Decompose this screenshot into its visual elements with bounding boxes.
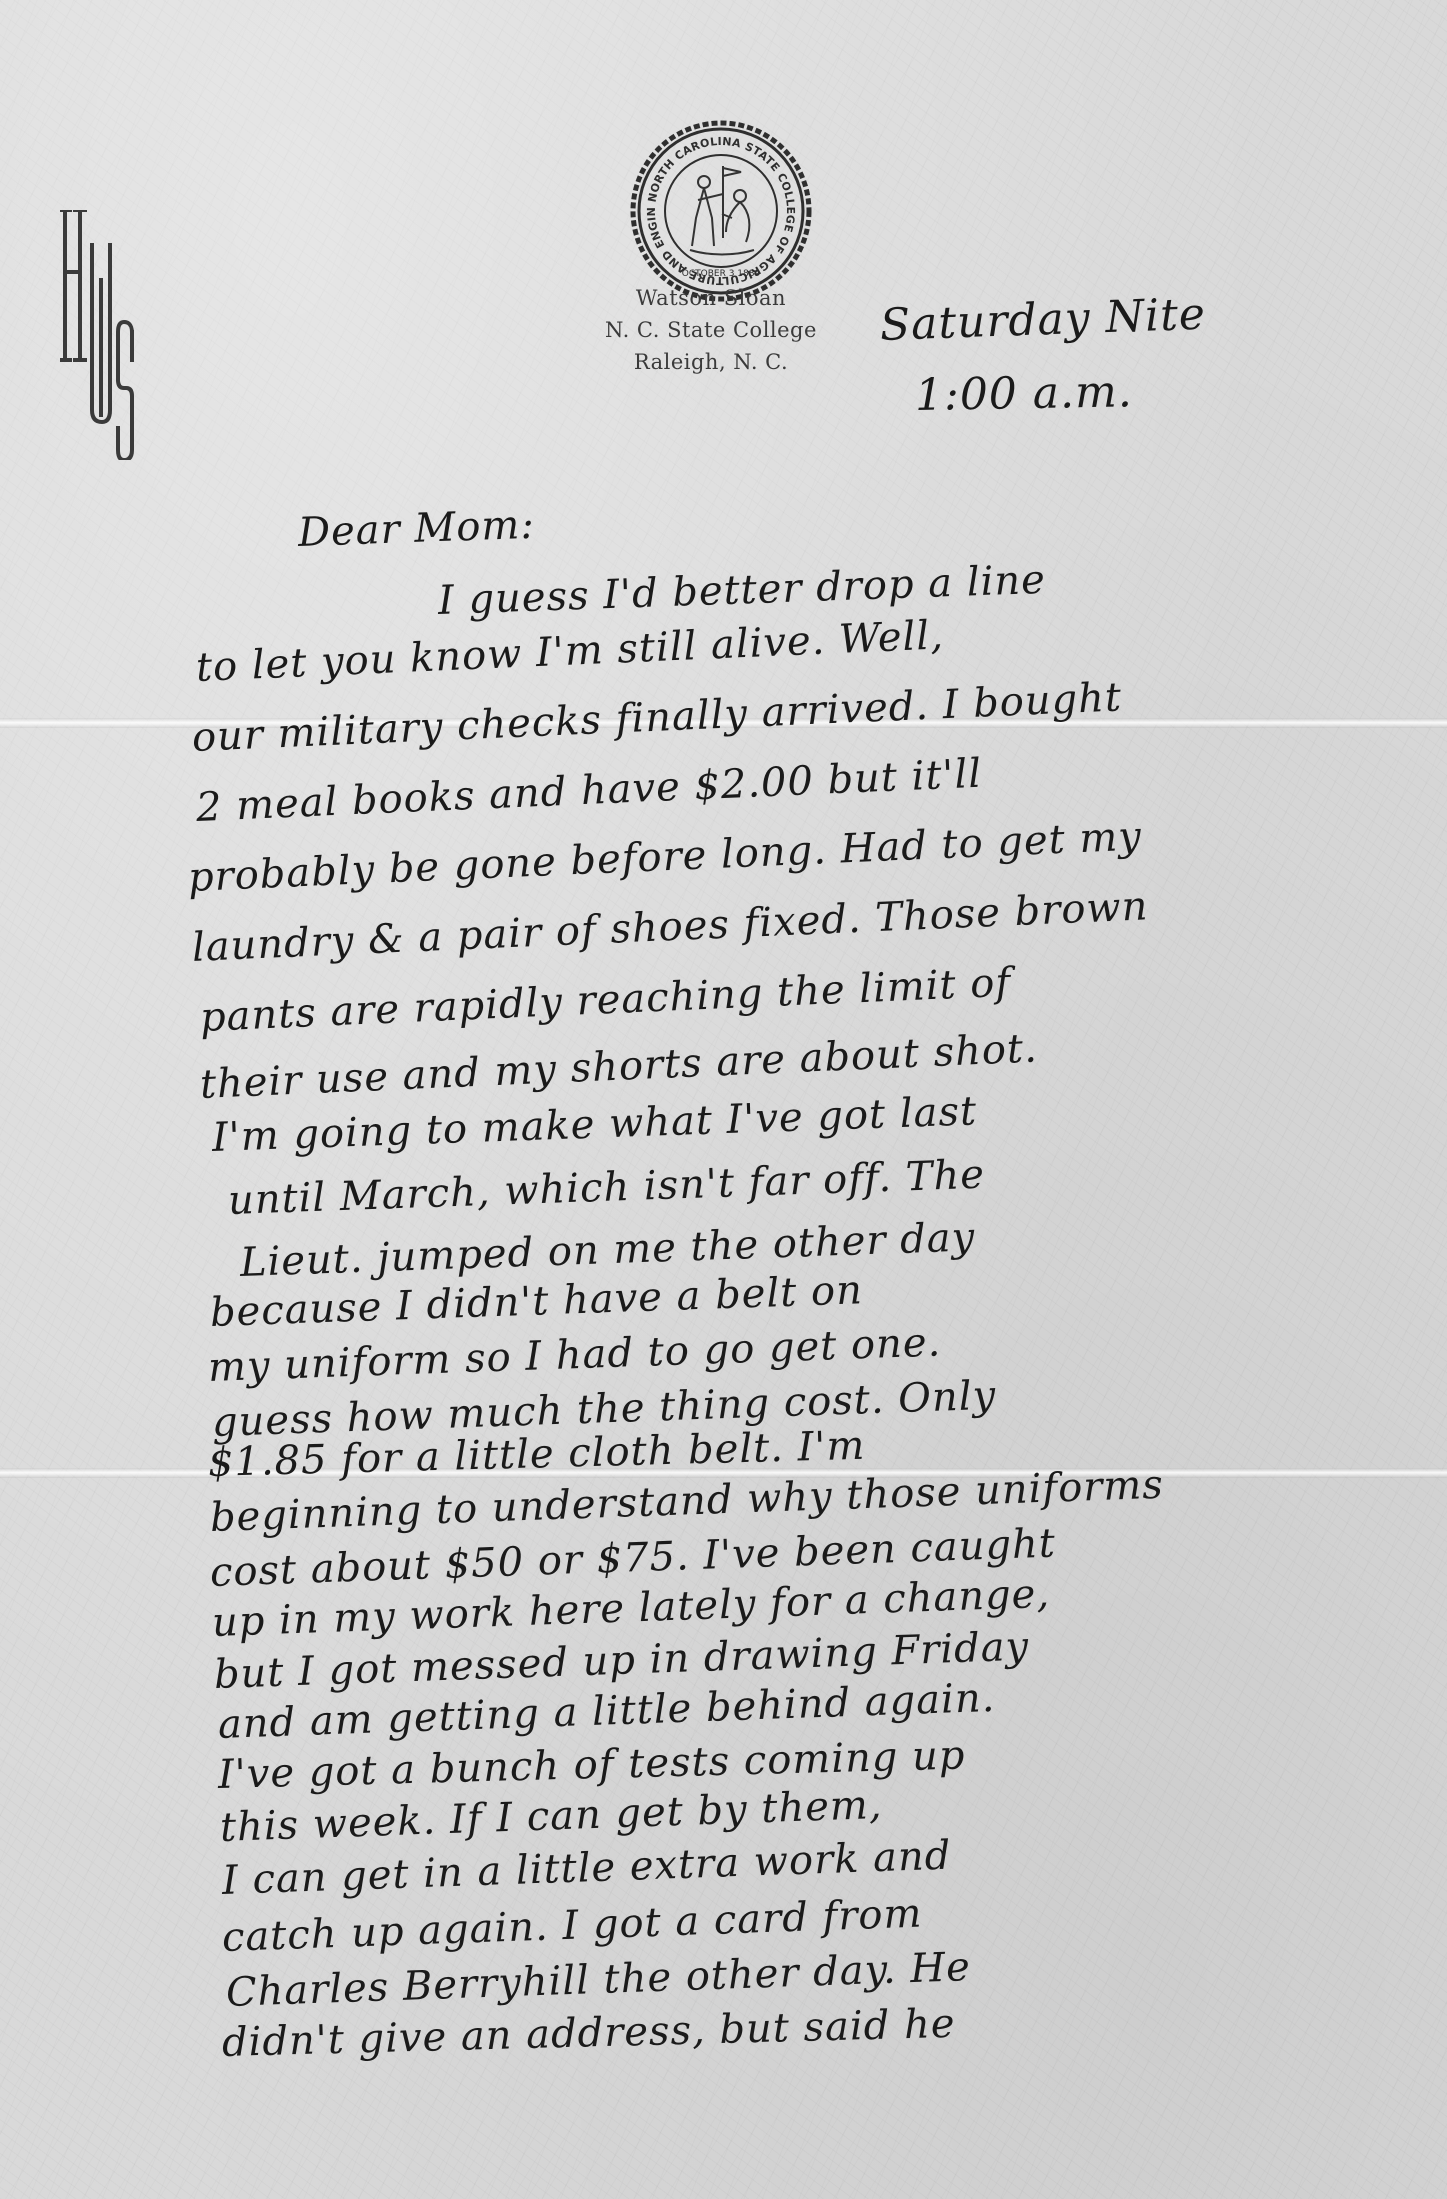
letterhead: Watson Sloan N. C. State College Raleigh… xyxy=(596,282,826,378)
hws-monogram-icon xyxy=(60,210,140,460)
letter-salutation: Dear Mom: xyxy=(297,502,535,556)
college-seal-icon: NORTH CAROLINA STATE COLLEGE OF AGRICULT… xyxy=(628,118,814,304)
letterhead-institution: N. C. State College xyxy=(596,314,826,346)
letterhead-name: Watson Sloan xyxy=(596,282,826,314)
svg-text:NORTH CAROLINA STATE COLLEGE O: NORTH CAROLINA STATE COLLEGE OF AGRICULT… xyxy=(628,118,797,287)
svg-text:OCTOBER 3 1889: OCTOBER 3 1889 xyxy=(682,269,761,279)
dateline-time: 1:00 a.m. xyxy=(915,366,1134,421)
letterhead-city: Raleigh, N. C. xyxy=(596,346,826,378)
